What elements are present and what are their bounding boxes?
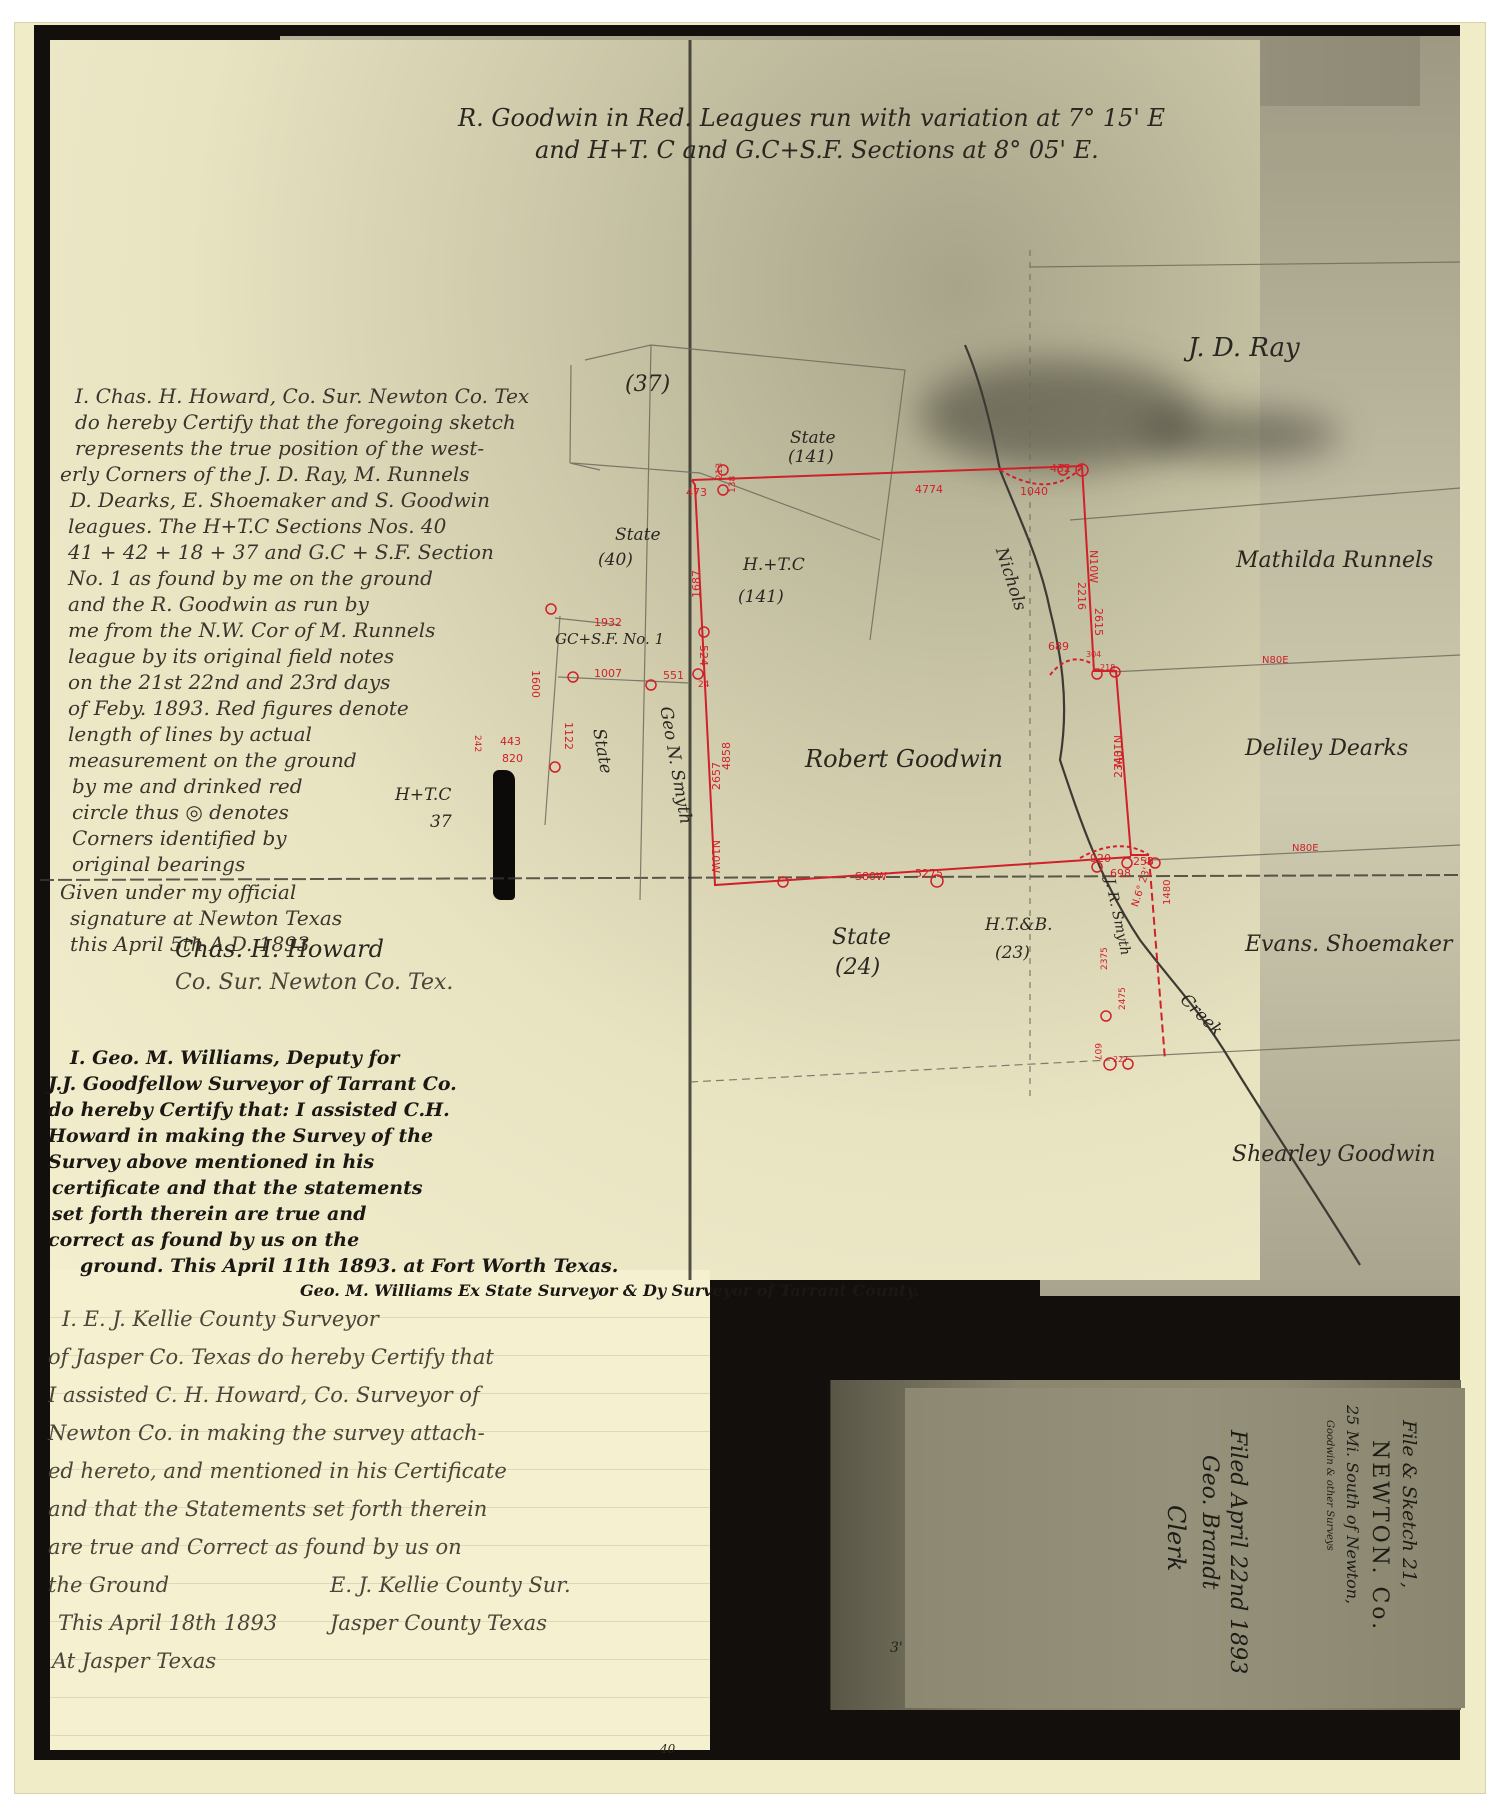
label-state-24-no: (24) (835, 955, 880, 980)
cert-line: by me and drinked red (72, 774, 303, 800)
cert-line: correct as found by us on the (48, 1227, 359, 1253)
variation-note-line1: R. Goodwin in Red. Leagues run with vari… (458, 104, 1165, 132)
cert-line: Given under my official (60, 880, 296, 906)
cert-line: me from the N.W. Cor of M. Runnels (68, 618, 435, 644)
label-htc-37-no: 37 (430, 812, 452, 832)
cert-line: ed hereto, and mentioned in his Certific… (48, 1452, 507, 1490)
measure-jog-v: 304 (1086, 650, 1101, 659)
label-state-141: State (790, 428, 836, 448)
label-state-40-no: (40) (598, 550, 633, 570)
measure-south-bearing: S80W (855, 870, 887, 883)
measure-south-len: 5275 (915, 867, 943, 880)
measure-jr-2475: 2475 (1118, 987, 1128, 1010)
label-shearley-goodwin: Shearley Goodwin (1232, 1142, 1436, 1167)
measure-jr-2375: 2375 (1100, 947, 1110, 970)
label-evans-shoemaker: Evans. Shoemaker (1245, 932, 1452, 957)
kellie-place: At Jasper Texas (52, 1642, 216, 1680)
williams-signature: Geo. M. Williams Ex State Surveyor & Dy … (300, 1278, 920, 1304)
cert-line: length of lines by actual (68, 722, 312, 748)
measure-west-len2: 4858 (720, 742, 733, 770)
measure-gc-443: 443 (500, 735, 521, 748)
measure-east-len2: 2615 (1092, 608, 1105, 636)
measure-ne-short: 432 (1050, 462, 1071, 475)
docket-line: Filed April 22nd 1893 (1225, 1430, 1250, 1674)
cert-line: No. 1 as found by me on the ground (68, 566, 433, 592)
measure-east-bearing: N10W (1087, 550, 1100, 583)
cert-line: I. E. J. Kellie County Surveyor (62, 1300, 379, 1338)
cert-line: and that the Statements set forth therei… (48, 1490, 487, 1528)
cert-line: do hereby Certify that the foregoing ske… (75, 410, 516, 436)
measure-gc-left: 1600 (529, 670, 542, 698)
cert-line: original bearings (72, 852, 245, 878)
label-htc-141: H.+T.C (743, 555, 805, 575)
howard-signature: Chas. H. Howard (175, 935, 384, 963)
measure-se-b: 698 (1110, 867, 1131, 880)
label-htb-23: H.T.&B. (985, 915, 1053, 935)
label-gcsf-no1: GC+S.F. No. 1 (555, 630, 664, 648)
measure-n80e-1: N80E (1262, 655, 1289, 666)
measure-jr-607: 607 (1092, 1043, 1102, 1060)
cert-line: do hereby Certify that: I assisted C.H. (48, 1097, 450, 1123)
measure-gc-mid2: 551 (663, 669, 684, 682)
measure-gc-242: 242 (472, 735, 482, 752)
measure-arc-e: 689 (1048, 640, 1069, 653)
measure-jr-227: 227 (1113, 1055, 1128, 1064)
label-deliley-dearks: Deliley Dearks (1245, 736, 1408, 761)
cert-line: set forth therein are true and (52, 1201, 366, 1227)
cert-line: certificate and that the statements (52, 1175, 423, 1201)
cert-line: Survey above mentioned in his (48, 1149, 374, 1175)
cert-line: I assisted C. H. Howard, Co. Surveyor of (48, 1376, 480, 1414)
measure-jog-h: 218 (1100, 663, 1115, 672)
label-jd-ray: J. D. Ray (1188, 333, 1300, 363)
measure-nw-b: 213 (715, 463, 725, 480)
measure-gc-low: 1122 (562, 722, 575, 750)
measure-arc-ne: 1040 (1020, 485, 1048, 498)
cert-line: signature at Newton Texas (70, 906, 342, 932)
docket-line: NEWTON. Co. (1367, 1440, 1392, 1632)
cert-line: leagues. The H+T.C Sections Nos. 40 (68, 514, 446, 540)
cert-line: Howard in making the Survey of the (48, 1123, 433, 1149)
howard-title: Co. Sur. Newton Co. Tex. (175, 970, 453, 995)
measure-gc-524: 524 (697, 645, 710, 666)
cert-line: of Jasper Co. Texas do hereby Certify th… (48, 1338, 494, 1376)
cert-line: 41 + 42 + 18 + 37 and G.C + S.F. Section (68, 540, 494, 566)
label-sec-37: (37) (625, 372, 670, 397)
cert-line: D. Dearks, E. Shoemaker and S. Goodwin (70, 488, 490, 514)
docket-corner-mark: 3' (890, 1640, 903, 1656)
measure-gc-top: 1932 (594, 616, 622, 629)
label-state-40: State (615, 525, 661, 545)
cert-line: circle thus ◎ denotes (72, 800, 289, 826)
measure-east-len1: 2216 (1075, 582, 1088, 610)
label-state-141-no: (141) (788, 447, 834, 467)
label-mathilda-runnels: Mathilda Runnels (1236, 548, 1433, 573)
cert-line: I. Chas. H. Howard, Co. Sur. Newton Co. … (75, 384, 529, 410)
cert-line: Newton Co. in making the survey attach- (48, 1414, 485, 1452)
label-htc-141-no: (141) (738, 587, 784, 607)
cert-line: Corners identified by (72, 826, 287, 852)
docket-line: Goodwin & other Surveys (1324, 1420, 1335, 1551)
label-state-24: State (832, 925, 891, 950)
measure-gc-820: 820 (502, 752, 523, 765)
measure-west-top: 1687 (690, 570, 703, 598)
measure-dash-1480: 1480 (1162, 880, 1173, 905)
cert-line: and the R. Goodwin as run by (68, 592, 369, 618)
docket-line: File & Sketch 21, (1398, 1420, 1420, 1588)
measure-nw-a: 473 (686, 486, 707, 499)
label-htb-23-no: (23) (995, 943, 1030, 963)
cert-line: on the 21st 22nd and 23rd days (68, 670, 390, 696)
kellie-county: Jasper County Texas (330, 1604, 547, 1642)
measure-nw-c: 138 (728, 476, 738, 493)
measure-east2-len: 2343 (1112, 750, 1125, 778)
measure-arc-se: 920 (1090, 852, 1111, 865)
cert-line: I. Geo. M. Williams, Deputy for (70, 1045, 399, 1071)
docket-line: Geo. Brandt (1197, 1455, 1222, 1589)
variation-note-line2: and H+T. C and G.C+S.F. Sections at 8° 0… (535, 136, 1099, 164)
label-htc-37: H+T.C (395, 785, 451, 805)
measure-n80e-2: N80E (1292, 843, 1319, 854)
cert-line: the Ground (48, 1566, 169, 1604)
cert-line: of Feby. 1893. Red figures denote (68, 696, 409, 722)
cert-line: league by its original field notes (68, 644, 394, 670)
measure-gc-mid: 1007 (594, 667, 622, 680)
label-robert-goodwin: Robert Goodwin (805, 745, 1003, 773)
docket-line: Clerk (1162, 1505, 1190, 1571)
cert-line: erly Corners of the J. D. Ray, M. Runnel… (60, 462, 470, 488)
measure-north-line: 4774 (915, 483, 943, 496)
cert-line: J.J. Goodfellow Surveyor of Tarrant Co. (48, 1071, 457, 1097)
kellie-date: This April 18th 1893 (58, 1604, 277, 1642)
cert-line: measurement on the ground (68, 748, 357, 774)
measure-west-bearing: N10W (709, 840, 722, 873)
cert-line: are true and Correct as found by us on (48, 1528, 462, 1566)
page-mark: 40 (660, 1742, 675, 1756)
measure-gc-24: 24 (698, 680, 709, 690)
kellie-signature: E. J. Kellie County Sur. (330, 1566, 571, 1604)
docket-line: 25 Mi. South of Newton, (1343, 1405, 1362, 1604)
cert-line: represents the true position of the west… (75, 436, 484, 462)
cert-line: ground. This April 11th 1893. at Fort Wo… (80, 1253, 618, 1279)
